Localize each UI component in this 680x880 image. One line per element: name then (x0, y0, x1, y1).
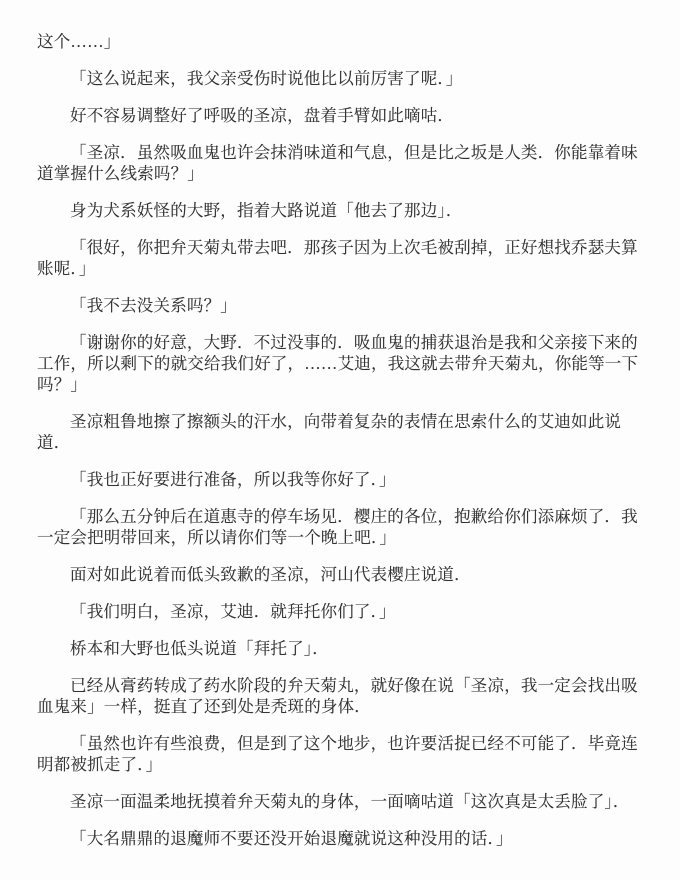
text-line: 「很好，你把弁天菊丸带去吧．那孩子因为上次毛被刮掉，正好想找乔瑟夫算 (37, 237, 642, 258)
text-line: 明都被抓走了．」 (37, 754, 642, 775)
text-line: 这个……」 (37, 31, 642, 52)
text-line: 「大名鼎鼎的退魔师不要还没开始退魔就说这种没用的话．」 (37, 828, 642, 849)
document-page: 这个……」 「这么说起来，我父亲受伤时说他比以前厉害了呢．」 好不容易调整好了呼… (0, 0, 680, 880)
paragraph: 「大名鼎鼎的退魔师不要还没开始退魔就说这种没用的话．」 (37, 828, 642, 849)
text-line: 「那么五分钟后在道惠寺的停车场见．樱庄的各位，抱歉给你们添麻烦了．我 (37, 506, 642, 527)
paragraph: 圣凉粗鲁地擦了擦额头的汗水，向带着复杂的表情在思索什么的艾迪如此说 道． (37, 411, 642, 453)
paragraph: 已经从膏药转成了药水阶段的弁天菊丸，就好像在说「圣凉，我一定会找出吸 血鬼来」一… (37, 675, 642, 717)
paragraph: 「圣凉．虽然吸血鬼也许会抹消味道和气息，但是比之坂是人类．你能靠着味 道掌握什么… (37, 142, 642, 184)
text-line: 账呢．」 (37, 258, 642, 279)
text-line: 一定会把明带回来，所以请你们等一个晚上吧．」 (37, 527, 642, 548)
paragraph: 圣凉一面温柔地抚摸着弁天菊丸的身体，一面嘀咕道「这次真是太丢脸了」． (37, 791, 642, 812)
paragraph: 这个……」 (37, 31, 642, 52)
paragraph: 好不容易调整好了呼吸的圣凉，盘着手臂如此嘀咕． (37, 105, 642, 126)
paragraph: 「我们明白，圣凉，艾迪．就拜托你们了．」 (37, 601, 642, 622)
text-line: 好不容易调整好了呼吸的圣凉，盘着手臂如此嘀咕． (37, 105, 642, 126)
text-line: 吗？」 (37, 374, 642, 395)
text-line: 「我们明白，圣凉，艾迪．就拜托你们了．」 (37, 601, 642, 622)
paragraph: 桥本和大野也低头说道「拜托了」． (37, 638, 642, 659)
paragraph: 面对如此说着而低头致歉的圣凉，河山代表樱庄说道． (37, 564, 642, 585)
text-line: 工作，所以剩下的就交给我们好了，……艾迪，我这就去带弁天菊丸，你能等一下 (37, 353, 642, 374)
paragraph: 「谢谢你的好意，大野．不过没事的．吸血鬼的捕获退治是我和父亲接下来的 工作，所以… (37, 332, 642, 395)
paragraph: 「那么五分钟后在道惠寺的停车场见．樱庄的各位，抱歉给你们添麻烦了．我 一定会把明… (37, 506, 642, 548)
text-line: 道． (37, 432, 642, 453)
paragraph: 「很好，你把弁天菊丸带去吧．那孩子因为上次毛被刮掉，正好想找乔瑟夫算 账呢．」 (37, 237, 642, 279)
text-line: 血鬼来」一样，挺直了还到处是秃斑的身体． (37, 696, 642, 717)
text-line: 「圣凉．虽然吸血鬼也许会抹消味道和气息，但是比之坂是人类．你能靠着味 (37, 142, 642, 163)
text-line: 「虽然也许有些浪费，但是到了这个地步，也许要活捉已经不可能了．毕竟连 (37, 733, 642, 754)
text-line: 圣凉一面温柔地抚摸着弁天菊丸的身体，一面嘀咕道「这次真是太丢脸了」． (37, 791, 642, 812)
text-line: 桥本和大野也低头说道「拜托了」． (37, 638, 642, 659)
text-line: 圣凉粗鲁地擦了擦额头的汗水，向带着复杂的表情在思索什么的艾迪如此说 (37, 411, 642, 432)
paragraph: 「我不去没关系吗？」 (37, 295, 642, 316)
text-line: 面对如此说着而低头致歉的圣凉，河山代表樱庄说道． (37, 564, 642, 585)
text-line: 已经从膏药转成了药水阶段的弁天菊丸，就好像在说「圣凉，我一定会找出吸 (37, 675, 642, 696)
paragraph: 「虽然也许有些浪费，但是到了这个地步，也许要活捉已经不可能了．毕竟连 明都被抓走… (37, 733, 642, 775)
text-line: 「谢谢你的好意，大野．不过没事的．吸血鬼的捕获退治是我和父亲接下来的 (37, 332, 642, 353)
paragraph: 「这么说起来，我父亲受伤时说他比以前厉害了呢．」 (37, 68, 642, 89)
text-line: 「这么说起来，我父亲受伤时说他比以前厉害了呢．」 (37, 68, 642, 89)
paragraph: 「我也正好要进行准备，所以我等你好了．」 (37, 469, 642, 490)
text-line: 身为犬系妖怪的大野，指着大路说道「他去了那边」． (37, 200, 642, 221)
text-line: 道掌握什么线索吗？」 (37, 163, 642, 184)
text-line: 「我也正好要进行准备，所以我等你好了．」 (37, 469, 642, 490)
paragraph: 身为犬系妖怪的大野，指着大路说道「他去了那边」． (37, 200, 642, 221)
text-line: 「我不去没关系吗？」 (37, 295, 642, 316)
